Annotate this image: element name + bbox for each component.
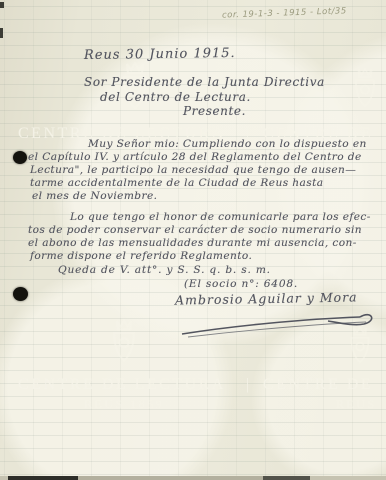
recipient-line3: Presente.: [183, 104, 246, 118]
recipient-line2: del Centro de Lectura.: [100, 90, 251, 104]
body-paragraph2-line: forme dispone el referido Reglamento.: [30, 250, 252, 262]
punch-hole: [13, 287, 28, 301]
letterhead-row2-right: CENTRE DE: [263, 376, 373, 394]
letterhead-row2-left: CENTRE DE LECTURA: [18, 376, 226, 394]
closing-line: Queda de V. att°. y S. S. q. b. s. m.: [58, 264, 271, 276]
body-paragraph1-line: Lectura", le participo la necesidad que …: [30, 164, 356, 176]
crest-watermark-icon: [102, 316, 146, 366]
signature-rubric-flourish: [178, 300, 380, 346]
scan-edge-mark: [0, 2, 4, 8]
recipient-line1: Sor Presidente de la Junta Directiva: [84, 75, 325, 89]
member-number-line: (El socio n°: 6408.: [184, 278, 298, 290]
scan-bottom-edge-segment: [8, 476, 78, 480]
body-paragraph2-line: tos de poder conservar el carácter de so…: [28, 224, 362, 236]
scan-edge-mark: [0, 28, 3, 38]
scan-bottom-edge-segment: [263, 476, 310, 480]
letterhead-row2-subright: REUS: [336, 397, 377, 412]
body-paragraph2-line: el abono de las mensualidades durante mi…: [28, 237, 357, 249]
punch-hole: [13, 151, 27, 164]
crest-watermark-icon: [346, 62, 384, 114]
body-paragraph1-line: el Capítulo IV. y artículo 28 del Reglam…: [28, 151, 362, 163]
body-paragraph2-line: Lo que tengo el honor de comunicarle par…: [70, 211, 371, 223]
letterhead-row2-separator: |: [246, 376, 252, 394]
scan-bottom-edge: [0, 476, 386, 480]
letter-dateline: Reus 30 Junio 1915.: [84, 46, 236, 63]
archival-pencil-note: cor. 19-1-3 - 1915 - Lot/35: [222, 5, 372, 20]
body-paragraph1-line: el mes de Noviembre.: [32, 190, 157, 202]
scan-bottom-edge-segment: [78, 476, 263, 480]
body-paragraph1-line: Muy Señor mio: Cumpliendo con lo dispues…: [88, 138, 367, 150]
letterhead-row2-subleft: REUS 1859: [84, 397, 164, 412]
letter-scan-page: CENTRE DE LECTURA | CENTRE DE REUS 1859 …: [0, 0, 386, 480]
body-paragraph1-line: tarme accidentalmente de la Ciudad de Re…: [30, 177, 323, 189]
